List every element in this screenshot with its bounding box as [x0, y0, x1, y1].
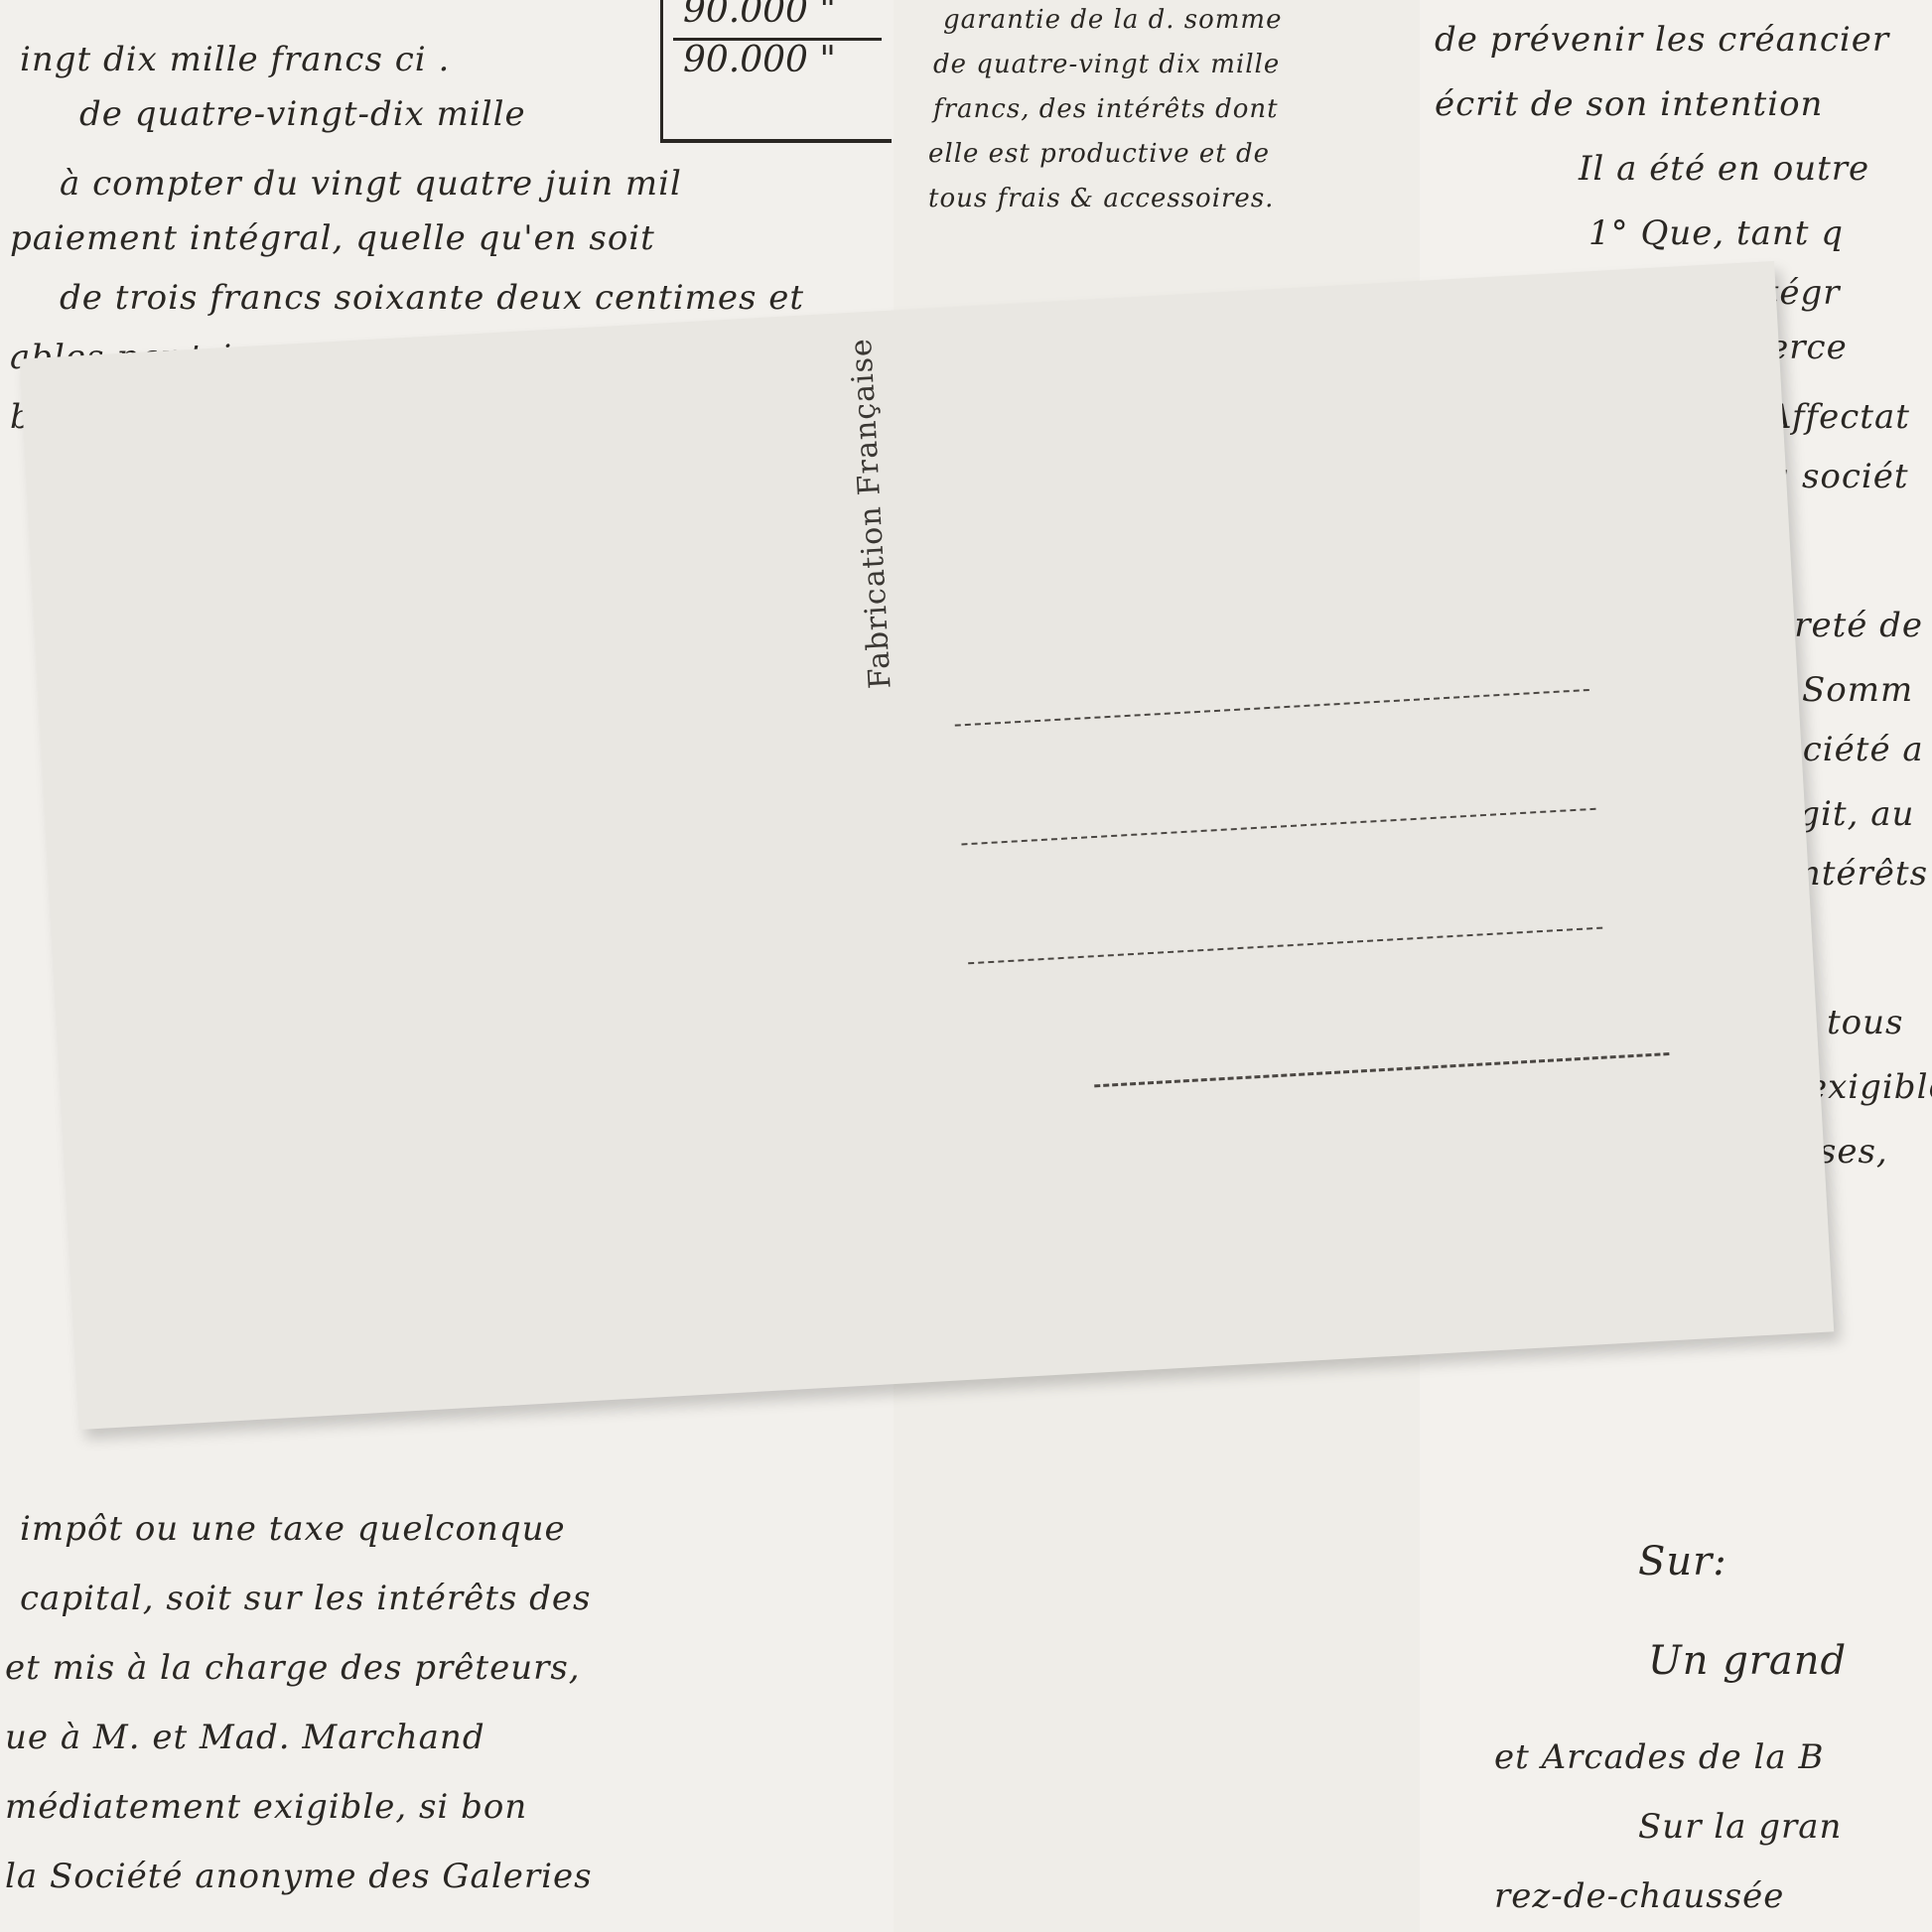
postcard-printed-text: Fabrication Française: [844, 337, 898, 689]
handwriting-line: francs, des intérêts dont: [933, 94, 1279, 124]
handwriting-line: Affectat: [1767, 397, 1910, 437]
postcard-back: Fabrication Française: [20, 261, 1835, 1430]
handwriting-line: capital, soit sur les intérêts des: [20, 1579, 591, 1618]
handwriting-line: de prévenir les créancier: [1435, 20, 1889, 60]
handwriting-line: impôt ou une taxe quelconque: [20, 1509, 566, 1549]
handwriting-line: ingt dix mille francs ci .: [20, 40, 450, 79]
handwriting-line: médiatement exigible, si bon: [5, 1787, 527, 1827]
handwriting-line: ue à M. et Mad. Marchand: [5, 1718, 485, 1757]
handwriting-line: 1° Que, tant q: [1588, 213, 1844, 253]
handwriting-line: Sur:: [1638, 1539, 1727, 1585]
handwriting-line: la Société anonyme des Galeries: [5, 1857, 593, 1896]
handwriting-line: écrit de son intention: [1435, 84, 1823, 124]
address-line: [955, 689, 1589, 727]
handwriting-line: paiement intégral, quelle qu'en soit: [10, 218, 655, 258]
handwriting-line: et Arcades de la B: [1494, 1737, 1824, 1777]
handwriting-line: à compter du vingt quatre juin mil: [60, 164, 682, 204]
ledger-total-box: 90.000 " 90.000 ": [660, 0, 892, 143]
handwriting-line: de quatre-vingt-dix mille: [79, 94, 526, 134]
handwriting-line: garantie de la d. somme: [943, 5, 1282, 35]
handwriting-line: elle est productive et de: [928, 139, 1270, 169]
handwriting-line: tous frais & accessoires.: [928, 184, 1274, 213]
address-line: [968, 927, 1602, 965]
handwriting-line: Un grand: [1648, 1638, 1847, 1684]
ledger-row-1: 90.000 ": [683, 0, 836, 31]
handwriting-line: Sur la gran: [1638, 1807, 1842, 1847]
address-line: [961, 808, 1595, 846]
ledger-row-2: 90.000 ": [683, 40, 836, 80]
address-line: [1094, 1052, 1669, 1087]
handwriting-line: tous: [1827, 1003, 1903, 1042]
handwriting-line: et mis à la charge des prêteurs,: [5, 1648, 581, 1688]
handwriting-line: de quatre-vingt dix mille: [933, 50, 1280, 79]
handwriting-line: Il a été en outre: [1579, 149, 1869, 189]
handwriting-line: de trois francs soixante deux centimes e…: [60, 278, 804, 318]
handwriting-line: rez-de-chaussée: [1494, 1876, 1784, 1916]
handwriting-line: exigible: [1807, 1067, 1932, 1107]
